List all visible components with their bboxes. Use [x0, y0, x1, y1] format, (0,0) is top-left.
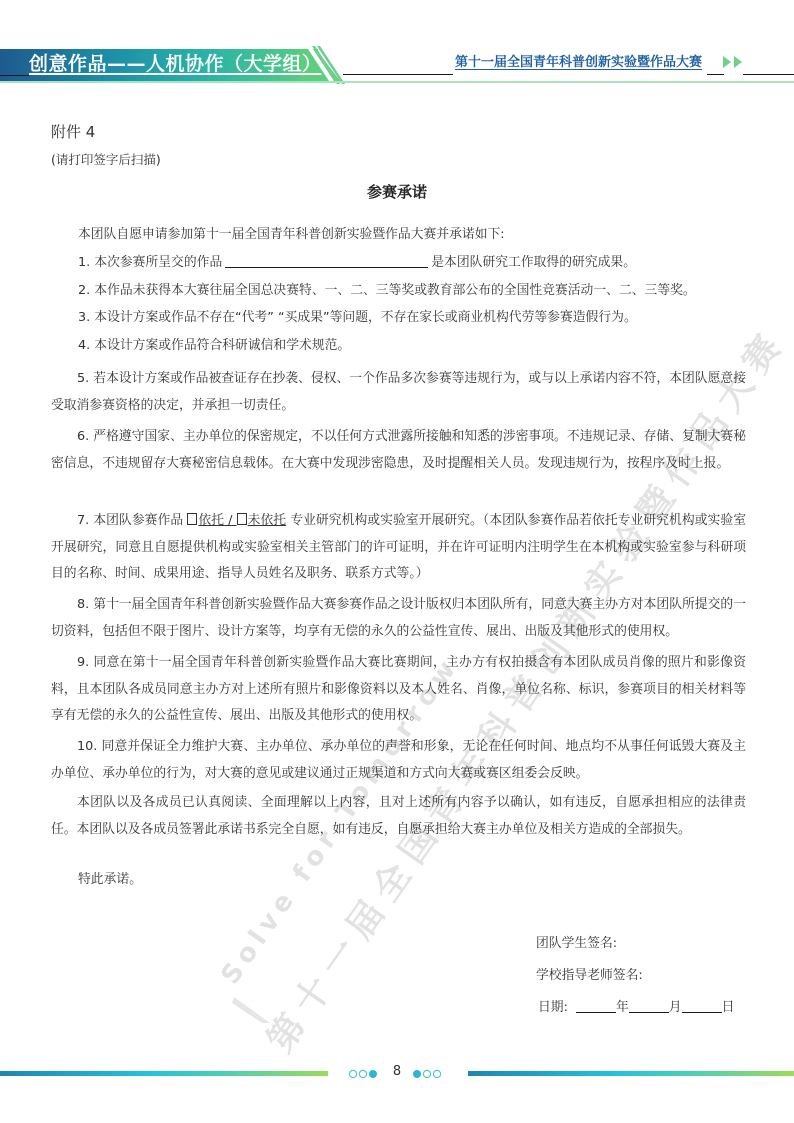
checkbox-not-affiliated[interactable]	[237, 513, 247, 525]
print-note: (请打印签字后扫描)	[51, 150, 161, 168]
month-label: 月	[669, 1000, 682, 1015]
double-arrow-icon	[722, 55, 746, 69]
header-rule	[0, 75, 29, 76]
date-field: 日期: 年月日	[538, 996, 734, 1015]
student-signature-label: 团队学生签名:	[536, 936, 617, 951]
work-title-blank[interactable]	[225, 254, 428, 268]
checkbox-affiliated[interactable]	[187, 513, 197, 525]
annex-label: 附件 4	[51, 121, 95, 142]
year-label: 年	[616, 1000, 629, 1015]
option-affiliated: 依托	[198, 513, 224, 528]
intro-text: 本团队自愿申请参加第十一届全国青年科普创新实验暨作品大赛并承诺如下:	[78, 222, 505, 248]
clause-7-prefix: 7. 本团队参赛作品	[77, 513, 187, 528]
header-rule	[743, 74, 794, 75]
hereby-statement: 特此承诺。	[78, 867, 142, 893]
footer-gradient-bar	[0, 1071, 328, 1076]
page-number: 8	[388, 1064, 406, 1079]
teacher-signature-label: 学校指导老师签名:	[536, 968, 643, 983]
date-label: 日期:	[538, 1000, 568, 1015]
option-not-affiliated: 未依托	[248, 513, 287, 528]
closing-statement: 本团队以及各成员已认真阅读、全面理解以上内容，且对上述所有内容予以确认，如有违反…	[51, 790, 746, 843]
item-1-suffix: 是本团队研究工作取得的研究成果。	[431, 255, 636, 270]
footer-dots-icon	[348, 1068, 378, 1080]
competition-title: 第十一届全国青年科普创新实验暨作品大赛	[455, 52, 702, 74]
student-signature-field[interactable]: 团队学生签名:	[536, 932, 617, 951]
document-title: 参赛承诺	[0, 181, 794, 202]
watermark-logo-icon	[232, 995, 272, 1025]
page-header: 创意作品——人机协作（大学组） 第十一届全国青年科普创新实验暨作品大赛	[0, 44, 794, 84]
month-blank[interactable]	[629, 999, 669, 1013]
teacher-signature-field[interactable]: 学校指导老师签名:	[536, 964, 643, 983]
footer-gradient-bar	[468, 1071, 794, 1076]
clause-10: 10. 同意并保证全力维护大赛、主办单位、承办单位的声誉和形象，无论在任何时间、…	[51, 734, 746, 787]
commitment-item-3: 3. 本设计方案或作品不存在“代考” “买成果”等问题，不存在家长或商业机构代劳…	[78, 305, 637, 331]
day-blank[interactable]	[682, 999, 722, 1013]
option-separator: /	[224, 513, 237, 528]
footer-dots-icon	[412, 1068, 442, 1080]
clause-9: 9. 同意在第十一届全国青年科普创新实验暨作品大赛比赛期间，主办方有权拍摄含有本…	[51, 650, 746, 730]
clause-7: 7. 本团队参赛作品 依托 / 未依托 专业研究机构或实验室开展研究。（本团队参…	[51, 508, 746, 588]
clause-6: 6. 严格遵守国家、主办单位的保密规定，不以任何方式泄露所接触和知悉的涉密事项。…	[51, 424, 746, 477]
clause-5: 5. 若本设计方案或作品被查证存在抄袭、侵权、一个作品多次参赛等违规行为，或与以…	[51, 366, 746, 419]
commitment-item-2: 2. 本作品未获得本大赛往届全国总决赛特、一、二、三等奖或教育部公布的全国性竞赛…	[78, 278, 696, 304]
header-accent-line	[0, 81, 330, 83]
header-accent-line	[330, 81, 794, 83]
year-blank[interactable]	[576, 999, 616, 1013]
category-title: 创意作品——人机协作（大学组）	[29, 49, 322, 79]
day-label: 日	[722, 1000, 735, 1015]
header-rule	[707, 74, 724, 75]
header-rule	[343, 74, 453, 75]
item-1-prefix: 1. 本次参赛所呈交的作品	[78, 255, 222, 270]
commitment-item-4: 4. 本设计方案或作品符合科研诚信和学术规范。	[78, 333, 350, 359]
commitment-item-1: 1. 本次参赛所呈交的作品是本团队研究工作取得的研究成果。	[78, 250, 636, 276]
clause-8: 8. 第十一届全国青年科普创新实验暨作品大赛参赛作品之设计版权归本团队所有，同意…	[51, 592, 746, 645]
